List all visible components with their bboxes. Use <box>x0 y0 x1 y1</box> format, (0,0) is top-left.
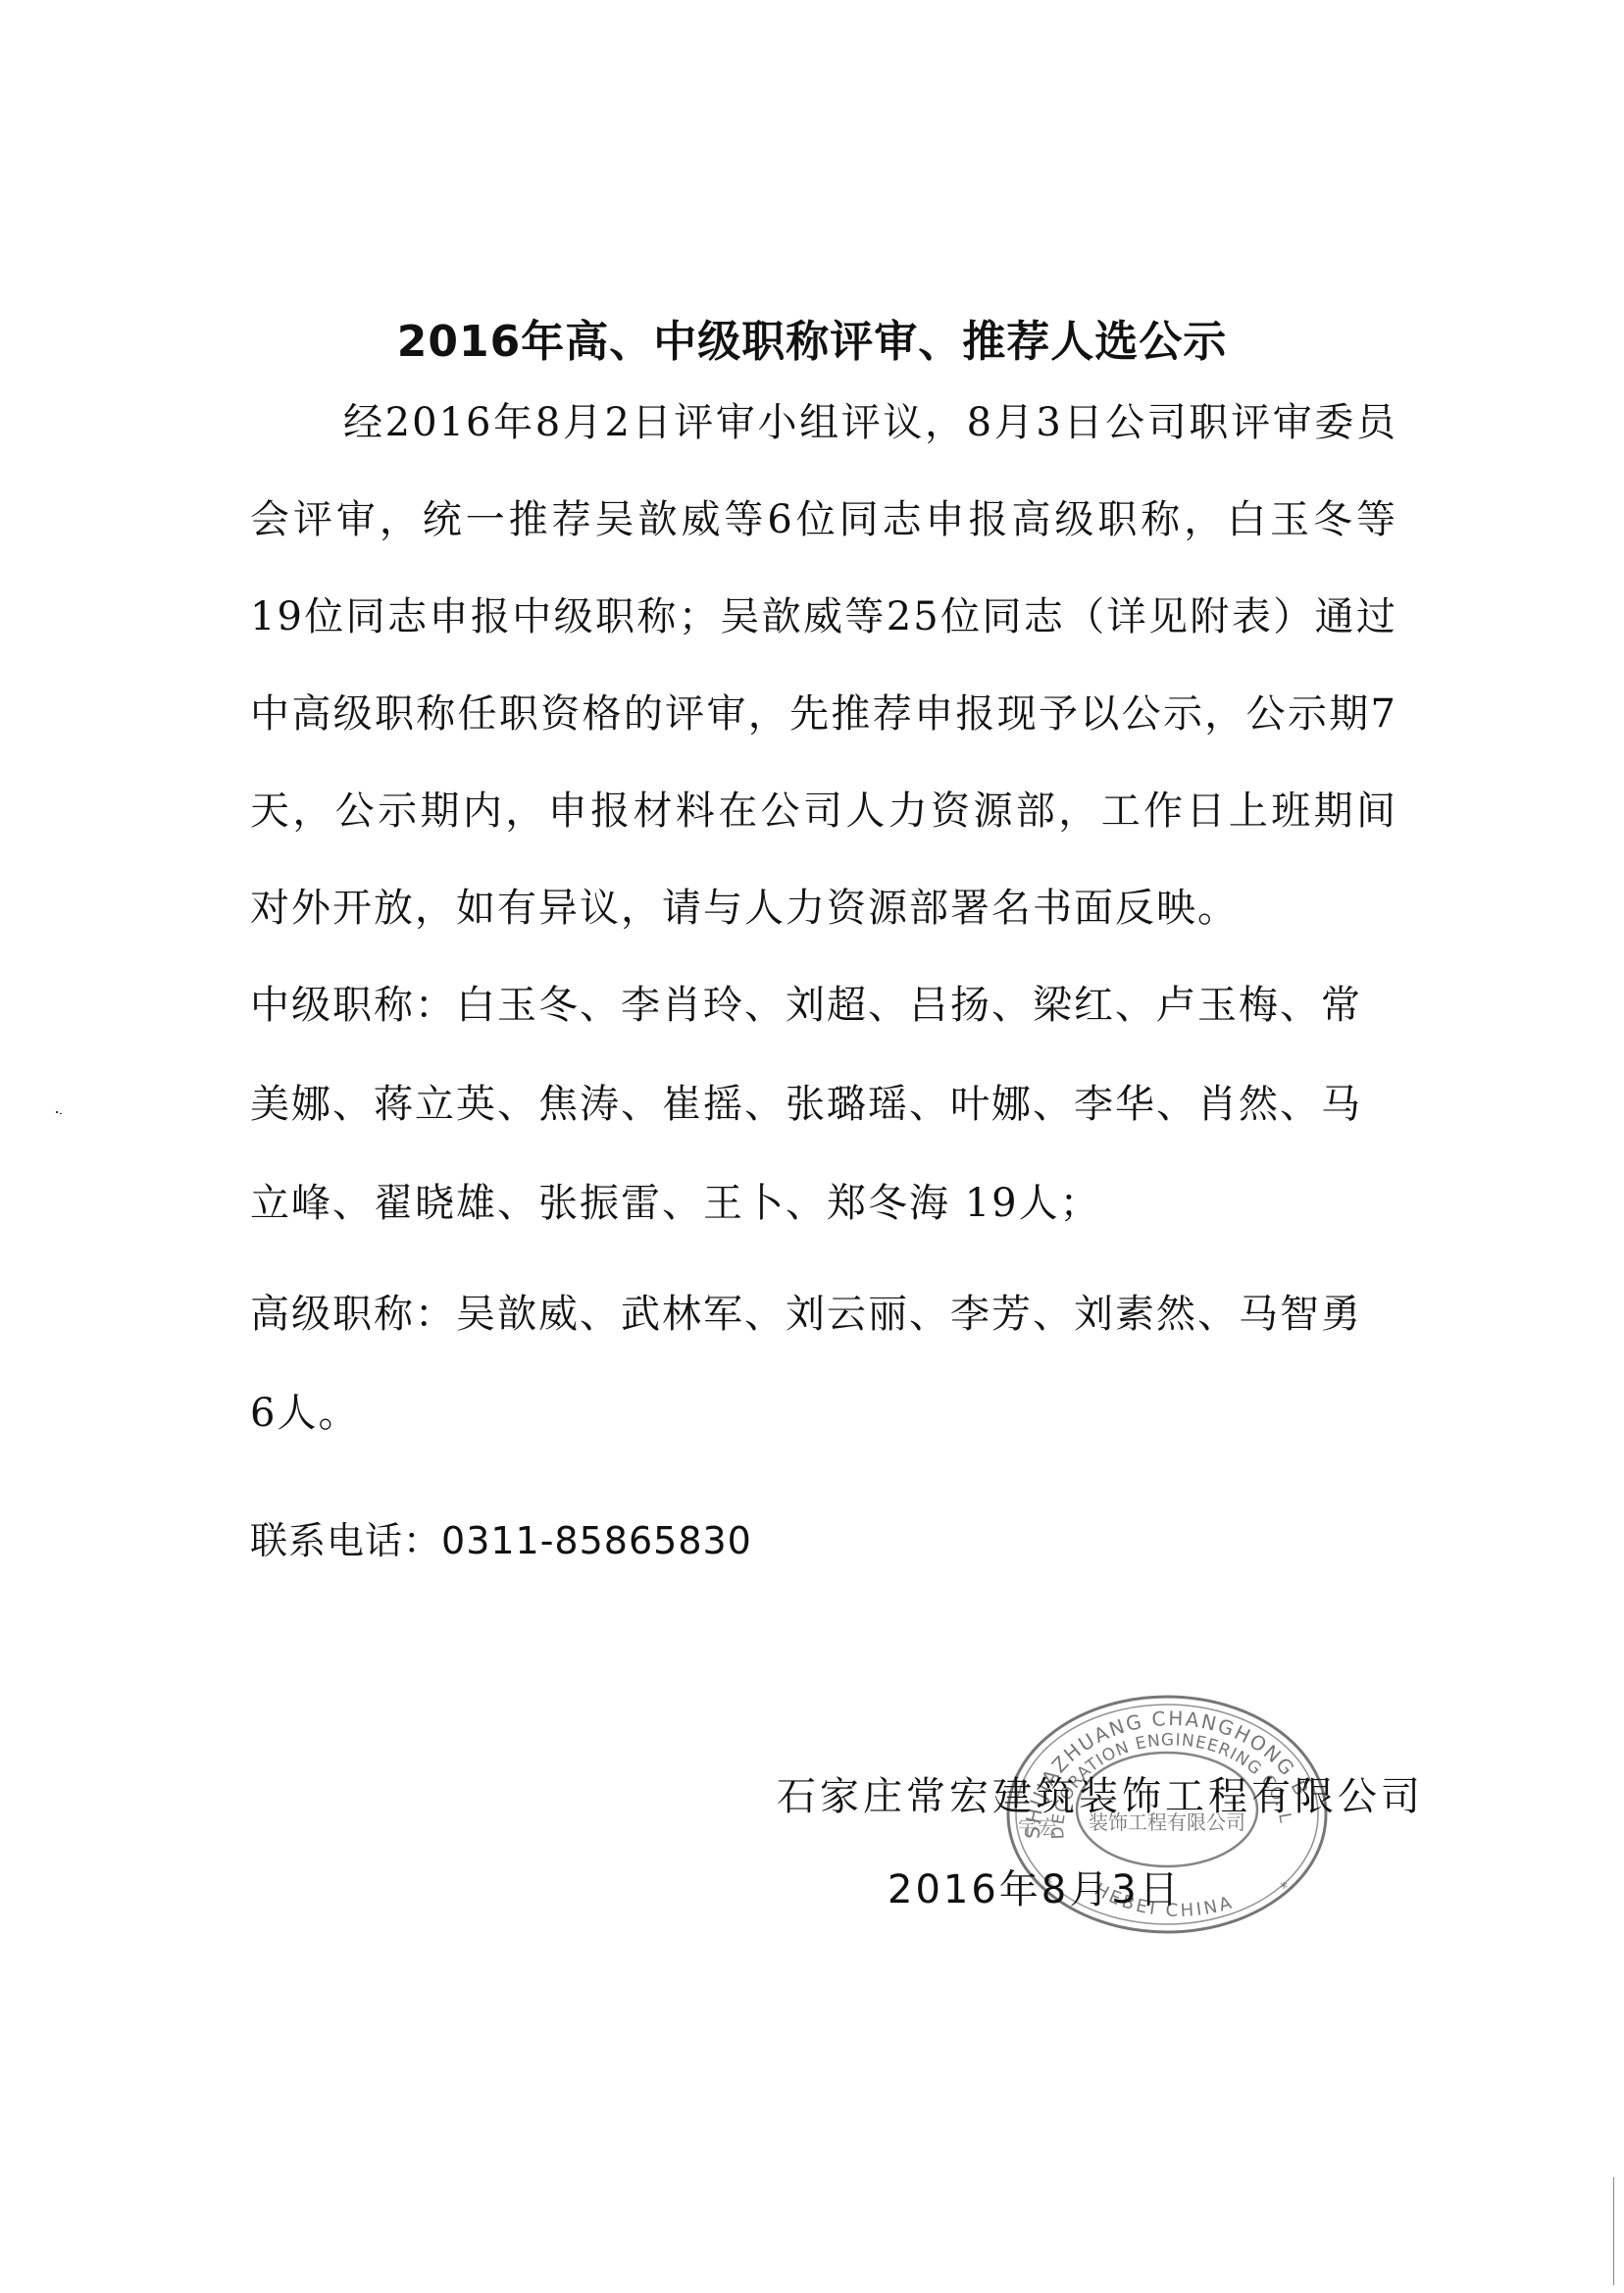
document-title: 2016年高、中级职称评审、推荐人选公示 <box>0 306 1624 369</box>
senior-names: 吴歆威、武林军、刘云丽、李芳、刘素然、马智勇 <box>456 1292 1362 1337</box>
document-page: 2016年高、中级职称评审、推荐人选公示 经2016年8月2日评审小组评议，8月… <box>0 0 1624 2293</box>
intermediate-label: 中级职称： <box>250 983 456 1028</box>
contact-line: 联系电话：0311-85865830 <box>250 1510 752 1564</box>
intermediate-count: 19人； <box>965 1181 1101 1226</box>
scan-speck <box>56 1111 58 1113</box>
senior-label: 高级职称： <box>250 1292 456 1337</box>
announcement-paragraph: 经2016年8月2日评审小组评议，8月3日公司职评审委员会评审，统一推荐吴歆威等… <box>250 375 1397 957</box>
senior-title-list: 高级职称：吴歆威、武林军、刘云丽、李芳、刘素然、马智勇 6人。 <box>250 1265 1397 1463</box>
svg-text:*: * <box>1280 1878 1288 1897</box>
scan-edge-mark <box>1613 2177 1614 2285</box>
senior-count: 6人。 <box>250 1391 359 1436</box>
signature-company: 石家庄常宏建筑装饰工程有限公司 <box>777 1765 1424 1821</box>
signature-date: 2016年8月3日 <box>888 1859 1182 1914</box>
scan-speck <box>60 1113 62 1114</box>
contact-phone: 0311-85865830 <box>441 1519 752 1562</box>
contact-label: 联系电话： <box>250 1519 441 1562</box>
intermediate-title-list: 中级职称：白玉冬、李肖玲、刘超、吕扬、梁红、卢玉梅、常美娜、蒋立英、焦涛、崔摇、… <box>250 956 1397 1253</box>
